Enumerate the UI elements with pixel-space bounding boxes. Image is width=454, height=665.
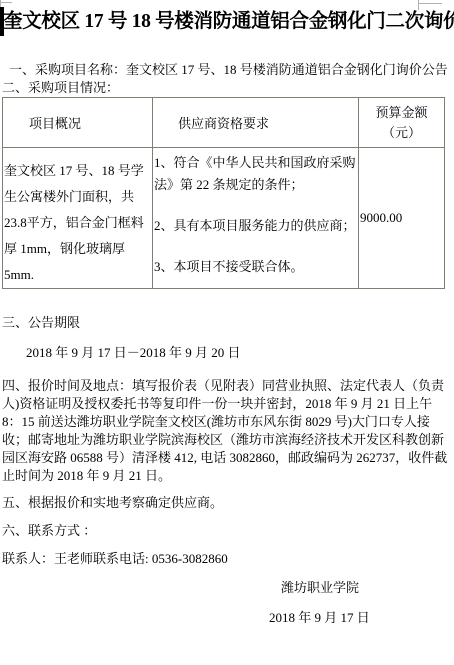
section-5-supplier-determination: 五、根据报价和实地考察确定供应商。	[2, 494, 223, 511]
announcement-period-dates: 2018 年 9 月 17 日－2018 年 9 月 20 日	[26, 344, 241, 361]
header-budget-line2: （元）	[382, 125, 421, 140]
header-supplier-requirements: 供应商资格要求	[153, 98, 359, 148]
contact-person-phone: 联系人：王老师联系电话: 0536-3082860	[2, 550, 228, 567]
table-header-row: 项目概况 供应商资格要求 预算金额 （元）	[3, 98, 445, 148]
requirement-item-2: 2、具有本项目服务能力的供应商；	[154, 215, 358, 237]
header-project-overview: 项目概况	[3, 98, 153, 148]
section-6-contact-heading: 六、联系方式 ：	[2, 522, 96, 539]
header-budget-line1: 预算金额	[375, 105, 427, 120]
signature-date: 2018 年 9 月 17 日	[269, 609, 370, 626]
cell-project-overview: 奎文校区 17 号、18 号学生公寓楼外门面积，共23.8平方，铝合金门框料厚 …	[3, 148, 153, 289]
document-page: 奎文校区 17 号 18 号楼消防通道铝合金钢化门二次询价公告 一、采购项目名称…	[0, 0, 454, 665]
requirement-item-1: 1、符合《中华人民共和国政府采购法》第 22 条规定的条件；	[154, 152, 358, 196]
section-3-heading: 三、公告期限	[2, 314, 80, 331]
requirement-item-3: 3、本项目不接受联合体。	[154, 256, 358, 278]
signature-organization: 潍坊职业学院	[281, 579, 359, 596]
cell-supplier-requirements: 1、符合《中华人民共和国政府采购法》第 22 条规定的条件； 2、具有本项目服务…	[153, 148, 359, 289]
section-2-heading: 二、采购项目情况：	[2, 79, 119, 96]
page-title: 奎文校区 17 号 18 号楼消防通道铝合金钢化门二次询价公告	[3, 5, 452, 33]
header-budget: 预算金额 （元）	[359, 98, 445, 148]
margin-corner-mark-top-left	[0, 2, 12, 3]
section-4-quotation-time-place: 四、报价时间及地点：填写报价表（见附表）同营业执照、法定代表人（负责人)资格证明…	[2, 377, 452, 485]
margin-corner-mark-top-right	[418, 3, 442, 4]
section-1-project-name: 一、采购项目名称：奎文校区 17 号、18 号楼消防通道铝合金钢化门询价公告	[9, 61, 453, 78]
table-data-row: 奎文校区 17 号、18 号学生公寓楼外门面积，共23.8平方，铝合金门框料厚 …	[3, 148, 445, 289]
cell-budget-amount: 9000.00	[359, 148, 445, 289]
project-info-table: 项目概况 供应商资格要求 预算金额 （元） 奎文校区 17 号、18 号学生公寓…	[2, 97, 445, 289]
